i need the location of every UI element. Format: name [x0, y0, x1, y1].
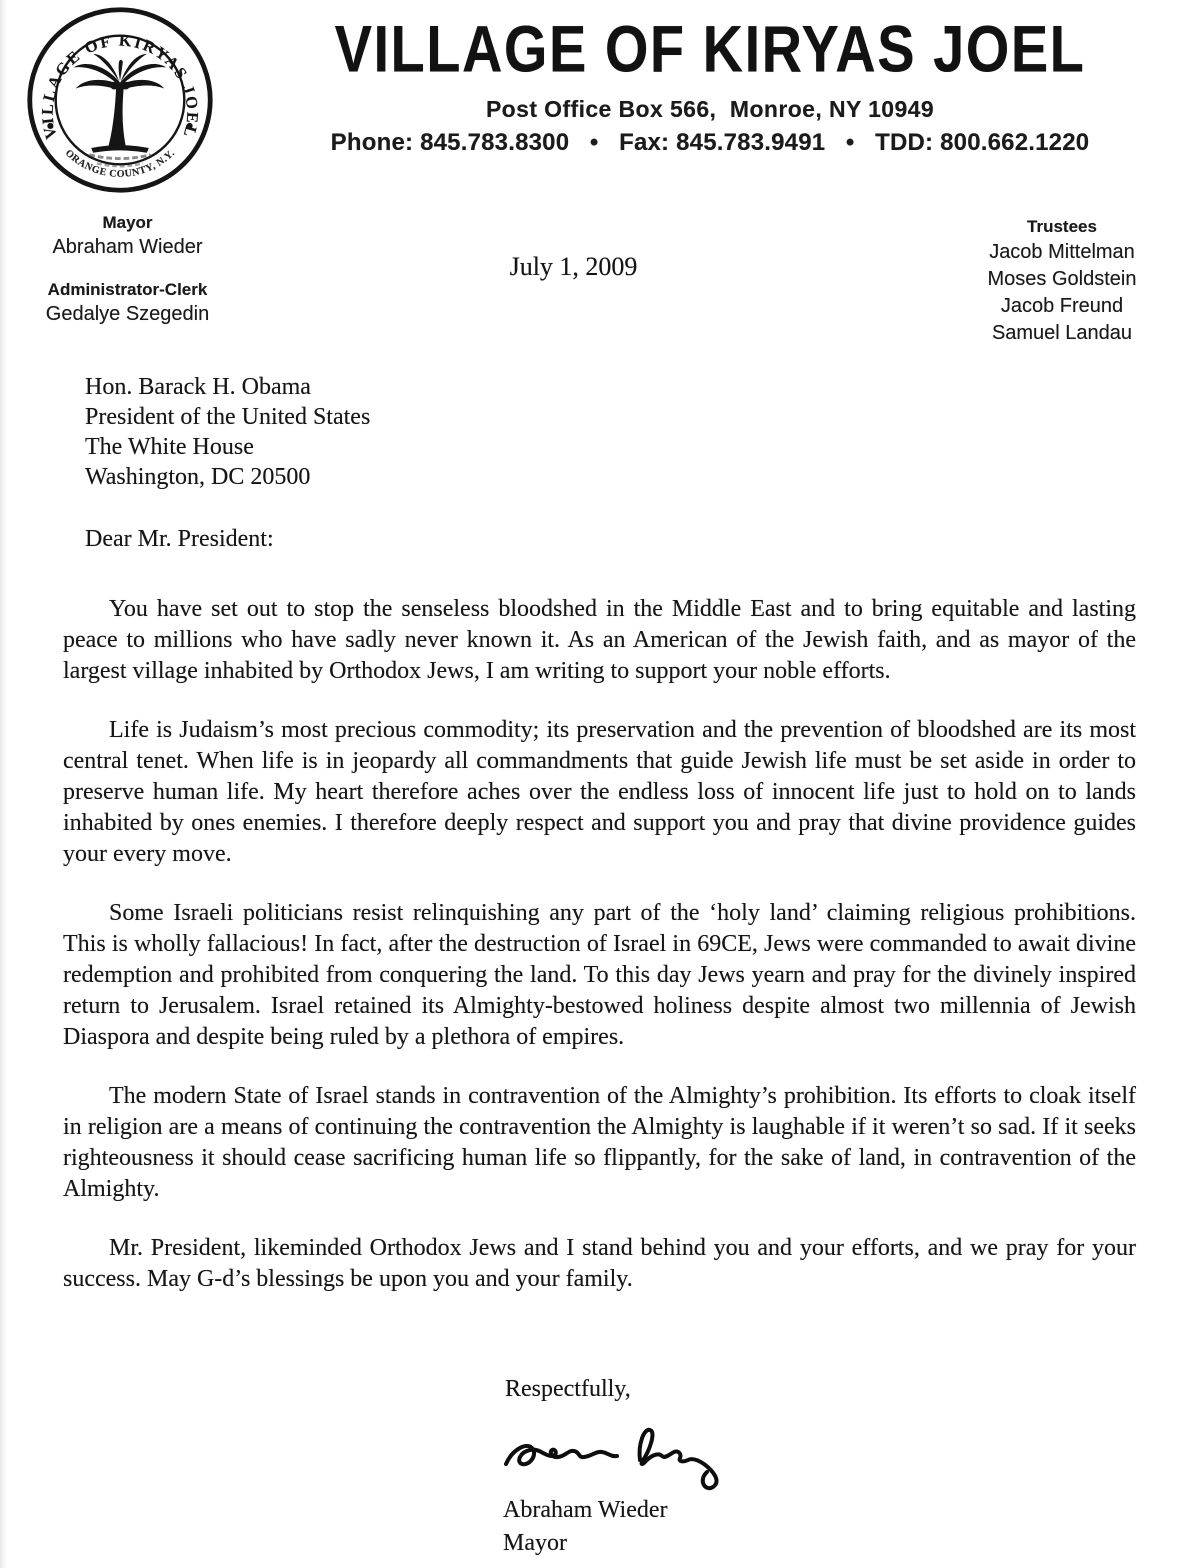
palm-tree-icon: [74, 54, 166, 153]
recipient-line: The White House: [85, 432, 370, 462]
salutation: Dear Mr. President:: [85, 526, 274, 553]
officials-left: Mayor Abraham Wieder Administrator-Clerk…: [10, 200, 245, 347]
letterhead-contact: Phone: 845.783.8300 • Fax: 845.783.9491 …: [240, 129, 1180, 157]
clerk-name: Gedalye Szegedin: [10, 302, 245, 327]
clerk-label: Administrator-Clerk: [10, 277, 245, 302]
trustee-name: Jacob Freund: [932, 293, 1192, 320]
recipient-line: Washington, DC 20500: [85, 462, 370, 492]
letterhead-title: VILLAGE OF KIRYAS JOEL: [240, 16, 1180, 82]
paragraph-3: Some Israeli politicians resist relinqui…: [63, 898, 1136, 1053]
officials-right: Trustees Jacob Mittelman Moses Goldstein…: [932, 200, 1192, 347]
recipient-address: Hon. Barack H. Obama President of the Un…: [85, 372, 370, 492]
trustee-name: Jacob Mittelman: [932, 239, 1192, 266]
paragraph-1: You have set out to stop the senseless b…: [63, 594, 1136, 687]
trustee-name: Moses Goldstein: [932, 266, 1192, 293]
letterhead-address: Post Office Box 566, Monroe, NY 10949: [240, 96, 1180, 123]
paragraph-4: The modern State of Israel stands in con…: [63, 1081, 1136, 1205]
recipient-line: President of the United States: [85, 402, 370, 432]
mayor-label: Mayor: [10, 210, 245, 235]
seal-microtext-line: [89, 155, 150, 159]
trustees-label: Trustees: [932, 214, 1192, 239]
mayor-name: Abraham Wieder: [10, 235, 245, 260]
signature-handwriting-icon: [492, 1406, 742, 1501]
village-seal: VILLAGE OF KIRYAS JOEL ORANGE COUNTY, N.…: [22, 4, 218, 196]
paragraph-5: Mr. President, likeminded Orthodox Jews …: [63, 1233, 1136, 1295]
letterhead: VILLAGE OF KIRYAS JOEL Post Office Box 5…: [240, 16, 1180, 157]
letter-body: You have set out to stop the senseless b…: [63, 594, 1136, 1323]
paragraph-2: Life is Judaism’s most precious commodit…: [63, 715, 1136, 870]
recipient-line: Hon. Barack H. Obama: [85, 372, 370, 402]
trustee-name: Samuel Landau: [932, 320, 1192, 347]
signature-name: Abraham Wieder: [503, 1497, 668, 1524]
date-column: July 1, 2009: [245, 200, 932, 347]
village-seal-icon: VILLAGE OF KIRYAS JOEL ORANGE COUNTY, N.…: [22, 4, 218, 196]
letter-page: VILLAGE OF KIRYAS JOEL ORANGE COUNTY, N.…: [0, 0, 1200, 1568]
closing: Respectfully,: [505, 1376, 631, 1403]
letter-date: July 1, 2009: [230, 252, 917, 282]
signature-title: Mayor: [503, 1530, 567, 1557]
officials-row: Mayor Abraham Wieder Administrator-Clerk…: [0, 200, 1200, 347]
